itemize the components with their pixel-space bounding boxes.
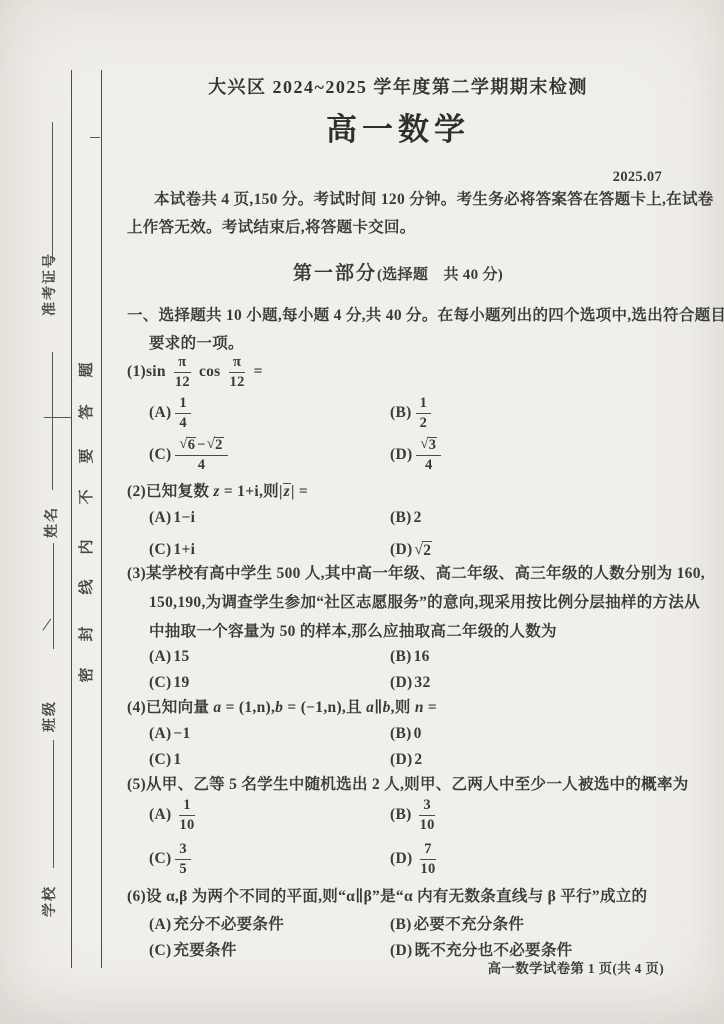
question-3-line-3: 中抽取一个容量为 50 的样本,那么应抽取高二年级的人数为 (149, 619, 557, 645)
option-q3-D: (D)32 (390, 670, 431, 696)
seal-line-inner (101, 70, 102, 968)
q2-options-row-1: (A)1−i (B)2 (149, 505, 422, 531)
field-label-name: 姓名 (41, 506, 61, 538)
option-q3-A: (A)15 (149, 644, 390, 670)
sqrt: √2 (207, 437, 224, 454)
seal-strip-char: 不 (77, 487, 97, 507)
notice-line-2: 上作答无效。考试结束后,将答题卡交回。 (127, 215, 416, 241)
q1-stem-mid: cos (199, 359, 221, 385)
option-q4-B: (B)0 (390, 721, 422, 747)
vector-parallel: a∥b (366, 699, 391, 716)
fraction: 110 (175, 797, 198, 833)
option-label: (C) (149, 442, 171, 468)
seal-strip-char: 答 (77, 402, 97, 422)
q3-options-row-1: (A)15 (B)16 (149, 644, 430, 670)
option-q6-B: (B)必要不充分条件 (390, 912, 524, 938)
fraction: π12 (171, 354, 194, 390)
q1-options-row-2: (C) √6−√2 4 (D) √3 4 (149, 433, 443, 477)
question-3-line-2: 150,190,为调查学生参加“社区志愿服务”的意向,现采用按比例分层抽样的方法… (149, 590, 700, 616)
fraction: π12 (226, 354, 249, 390)
option-q1-B: (B) 12 (390, 395, 433, 431)
question-6-stem: (6)设 α,β 为两个不同的平面,则“α∥β”是“α 内有无数条直线与 β 平… (127, 884, 647, 910)
q1-options-row-1: (A) 14 (B) 12 (149, 393, 433, 433)
option-q3-C: (C)19 (149, 670, 390, 696)
question-1-stem: (1)sin π12 cos π12 = (127, 352, 263, 392)
sqrt: √2 (414, 541, 432, 559)
option-q5-D: (D) 710 (390, 841, 442, 877)
fraction: √3 4 (416, 437, 441, 474)
option-q2-D: (D)√2 (390, 537, 432, 563)
stray-mark (44, 417, 72, 418)
option-q4-C: (C)1 (149, 747, 390, 773)
option-q5-A: (A) 110 (149, 797, 390, 833)
fill-in-line-exam-number (52, 122, 53, 263)
exam-title: 大兴区 2024~2025 学年度第二学期期末检测 (118, 74, 678, 100)
sqrt: √3 (420, 437, 437, 454)
field-label-school: 学校 (39, 885, 59, 917)
stray-mark (90, 137, 100, 138)
seal-strip-char: 要 (77, 446, 97, 466)
seal-strip-char: 内 (77, 537, 97, 557)
var-n: n (415, 699, 424, 716)
option-q6-C: (C)充要条件 (149, 938, 390, 964)
q1-stem-eq: = (254, 359, 263, 385)
option-q4-D: (D)2 (390, 747, 422, 773)
option-q4-A: (A)−1 (149, 721, 390, 747)
scanned-exam-page: 题 答 要 不 内 线 封 密 准考证号 姓名 班级 学校 大兴区 2024~2… (0, 0, 724, 1024)
option-q1-C: (C) √6−√2 4 (149, 437, 390, 474)
seal-strip-char: 题 (77, 360, 97, 380)
z-conjugate: z (283, 483, 291, 500)
option-q2-B: (B)2 (390, 505, 422, 531)
q5-options-row-1: (A) 110 (B) 310 (149, 794, 441, 836)
seal-strip-char: 密 (77, 665, 97, 685)
fraction: 35 (175, 841, 191, 877)
fill-in-line-name (52, 352, 53, 490)
part-subtitle: (选择题 共 40 分) (377, 267, 503, 283)
rubric-line-1: 一、选择题共 10 小题,每小题 4 分,共 40 分。在每小题列出的四个选项中… (127, 303, 724, 329)
q4-options-row-1: (A)−1 (B)0 (149, 721, 422, 747)
fraction: 310 (416, 797, 439, 833)
q3-options-row-2: (C)19 (D)32 (149, 670, 431, 696)
option-q1-A: (A) 14 (149, 395, 390, 431)
fraction: 14 (175, 395, 191, 431)
option-label: (D) (390, 442, 412, 468)
subject-title: 高一数学 (118, 110, 678, 150)
seal-strip-char: 线 (77, 577, 97, 597)
stray-mark (42, 619, 51, 631)
sqrt: √6 (179, 437, 196, 454)
q2-options-row-2: (C)1+i (D)√2 (149, 537, 432, 563)
option-q2-A: (A)1−i (149, 505, 390, 531)
option-q3-B: (B)16 (390, 644, 430, 670)
question-3-line-1: (3)某学校有高中学生 500 人,其中高一年级、高二年级、高三年级的人数分别为… (127, 561, 705, 587)
fill-in-line-school (53, 740, 54, 868)
q1-stem-pre: (1)sin (127, 359, 166, 385)
seal-strip-char: 封 (77, 624, 97, 644)
page-footer: 高一数学试卷第 1 页(共 4 页) (488, 956, 664, 982)
option-q5-C: (C) 35 (149, 841, 390, 877)
fraction: 12 (416, 395, 432, 431)
q6-options-row-1: (A)充分不必要条件 (B)必要不充分条件 (149, 912, 524, 938)
notice-line-1: 本试卷共 4 页,150 分。考试时间 120 分钟。考生务必将答案答在答题卡上… (154, 187, 714, 213)
question-4-stem: (4)已知向量 a = (1,n),b = (−1,n),且 a∥b,则 n = (127, 695, 437, 721)
option-q1-D: (D) √3 4 (390, 437, 443, 474)
vector-b: b (275, 699, 283, 716)
seal-line-outer (71, 70, 72, 968)
option-q5-B: (B) 310 (390, 797, 441, 833)
question-2-stem: (2)已知复数 z = 1+i,则|z| = (127, 479, 308, 505)
option-label: (A) (149, 400, 171, 426)
fraction: √6−√2 4 (175, 437, 227, 474)
option-label: (B) (390, 400, 412, 426)
field-label-class: 班级 (39, 700, 59, 732)
option-q2-C: (C)1+i (149, 537, 390, 563)
q4-options-row-2: (C)1 (D)2 (149, 747, 422, 773)
fill-in-line-class (53, 543, 54, 649)
field-label-exam-number: 准考证号 (39, 252, 59, 316)
part-heading: 第一部分(选择题 共 40 分) (118, 259, 678, 289)
part-title: 第一部分 (293, 263, 377, 284)
option-q6-A: (A)充分不必要条件 (149, 912, 390, 938)
q5-options-row-2: (C) 35 (D) 710 (149, 838, 442, 880)
fraction: 710 (416, 841, 439, 877)
